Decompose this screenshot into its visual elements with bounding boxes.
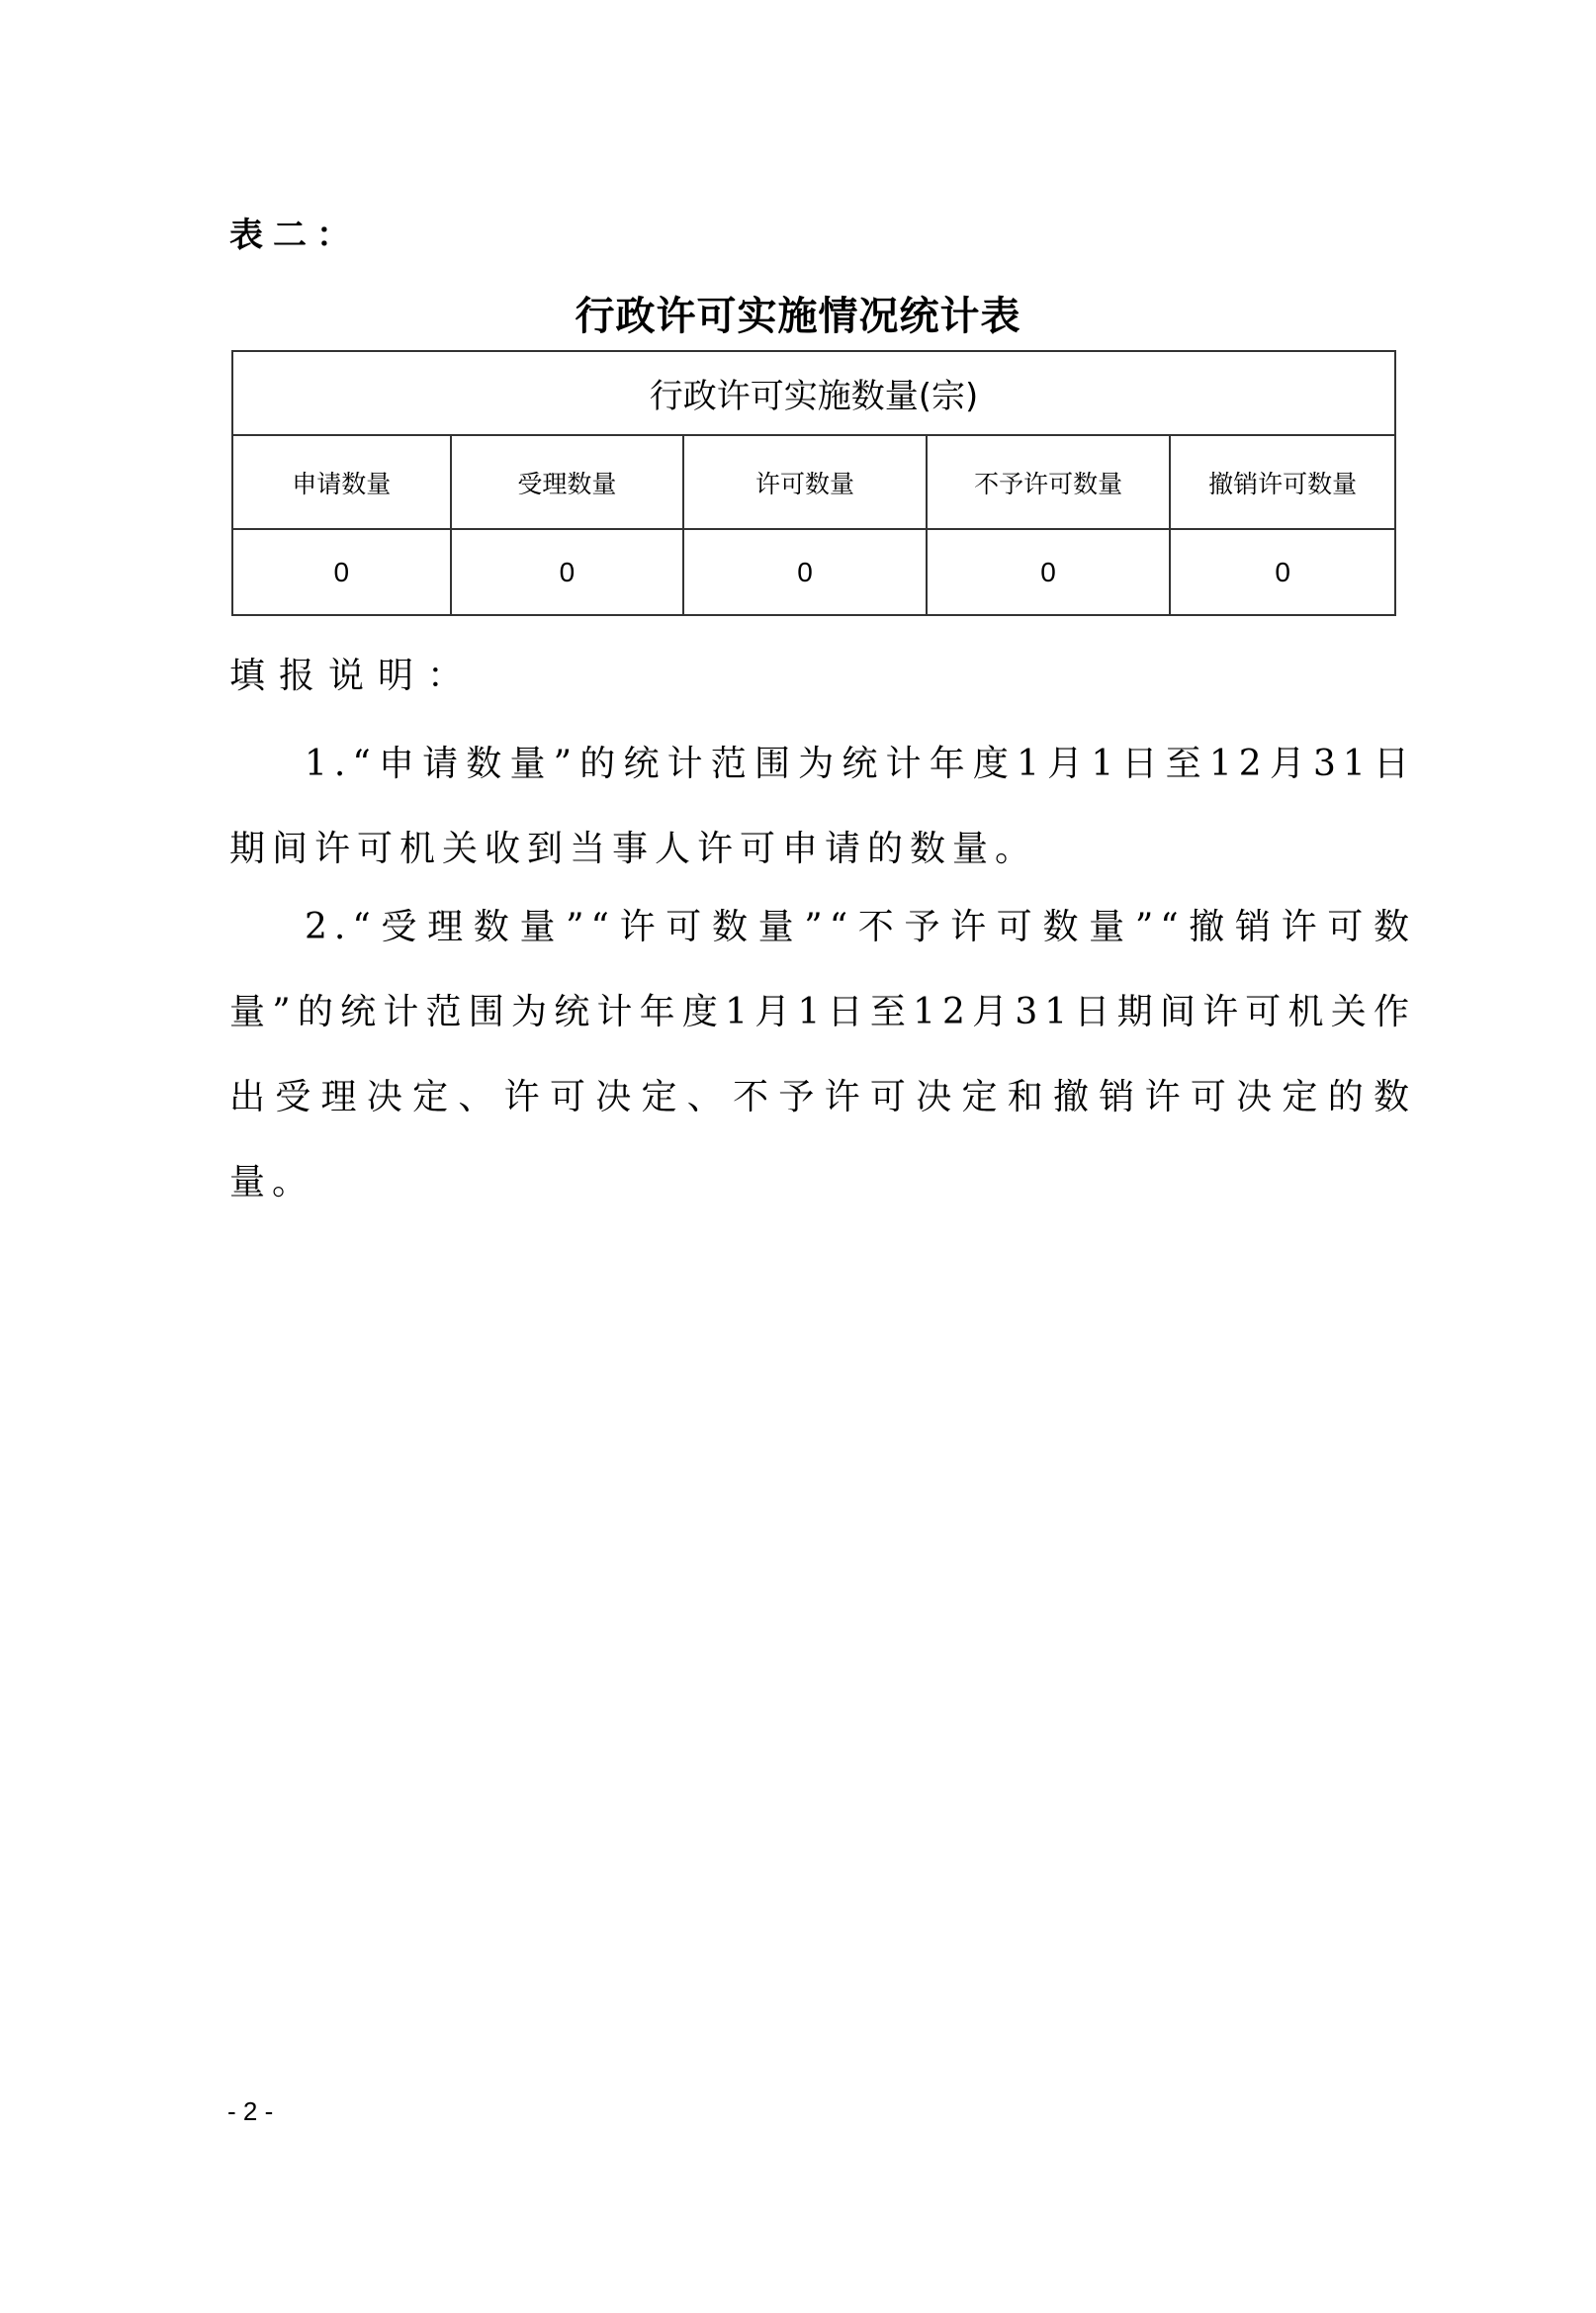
table-header-row: 申请数量 受理数量 许可数量 不予许可数量 撤销许可数量 bbox=[232, 435, 1395, 529]
column-header-revoked: 撤销许可数量 bbox=[1170, 435, 1395, 529]
statistics-table: 行政许可实施数量(宗) 申请数量 受理数量 许可数量 不予许可数量 撤销许可数量… bbox=[231, 350, 1396, 616]
note-item-2: 2.“受理数量”“许可数量”“不予许可数量”“撤销许可数量”的统计范围为统计年度… bbox=[229, 885, 1416, 1225]
page-number: - 2 - bbox=[227, 2096, 273, 2127]
value-granted: 0 bbox=[683, 529, 927, 615]
value-applications: 0 bbox=[232, 529, 451, 615]
value-denied: 0 bbox=[927, 529, 1171, 615]
notes-heading: 填报说明： bbox=[229, 648, 477, 698]
value-accepted: 0 bbox=[451, 529, 684, 615]
group-header-cell: 行政许可实施数量(宗) bbox=[232, 351, 1395, 435]
table-row: 0 0 0 0 0 bbox=[232, 529, 1395, 615]
column-header-accepted: 受理数量 bbox=[451, 435, 684, 529]
value-revoked: 0 bbox=[1170, 529, 1395, 615]
note-item-1: 1.“申请数量”的统计范围为统计年度1月1日至12月31日期间许可机关收到当事人… bbox=[229, 722, 1416, 892]
table-label: 表二： bbox=[229, 208, 360, 256]
table-group-header-row: 行政许可实施数量(宗) bbox=[232, 351, 1395, 435]
document-title: 行政许可实施情况统计表 bbox=[0, 285, 1596, 341]
column-header-applications: 申请数量 bbox=[232, 435, 451, 529]
column-header-denied: 不予许可数量 bbox=[927, 435, 1171, 529]
column-header-granted: 许可数量 bbox=[683, 435, 927, 529]
